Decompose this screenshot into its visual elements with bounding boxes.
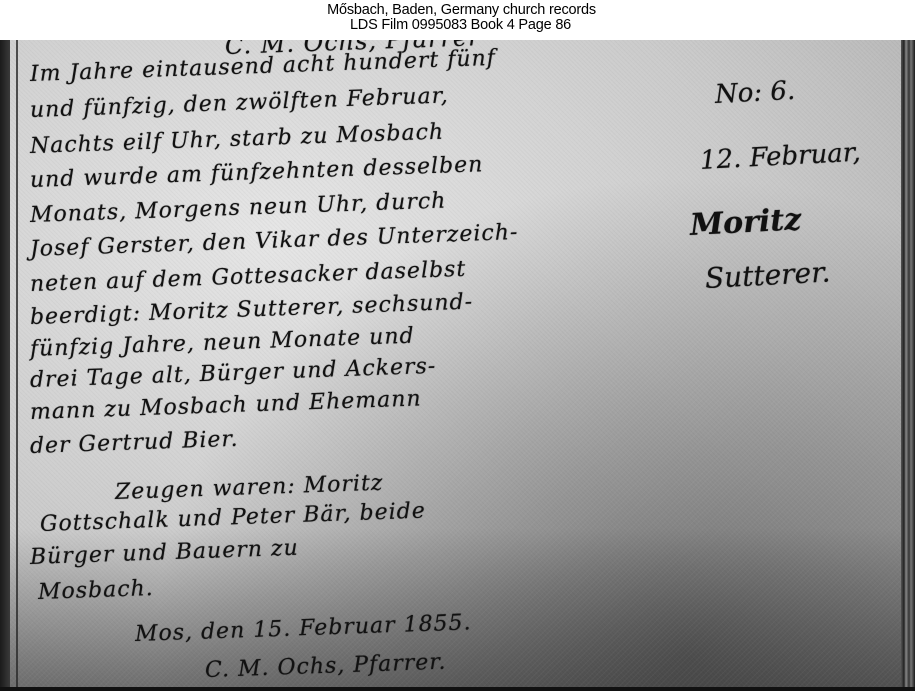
page-right-edge: [901, 40, 915, 691]
margin-given-name: Moritz: [689, 202, 802, 243]
page-bottom-edge: [0, 687, 915, 691]
caption-source: LDS Film 0995083 Book 4 Page 86: [0, 18, 915, 33]
margin-surname: Sutterer.: [704, 255, 831, 295]
page-left-edge: [0, 40, 10, 691]
witness-line: Mosbach.: [38, 576, 155, 605]
caption-title: Mősbach, Baden, Germany church records: [0, 0, 915, 18]
record-scan-image: C. M. Ochs, Pfarrer Im Jahre eintausend …: [0, 40, 915, 691]
margin-rule: [16, 40, 18, 691]
margin-entry-number: No: 6.: [714, 76, 796, 110]
image-caption: Mősbach, Baden, Germany church records L…: [0, 0, 915, 40]
